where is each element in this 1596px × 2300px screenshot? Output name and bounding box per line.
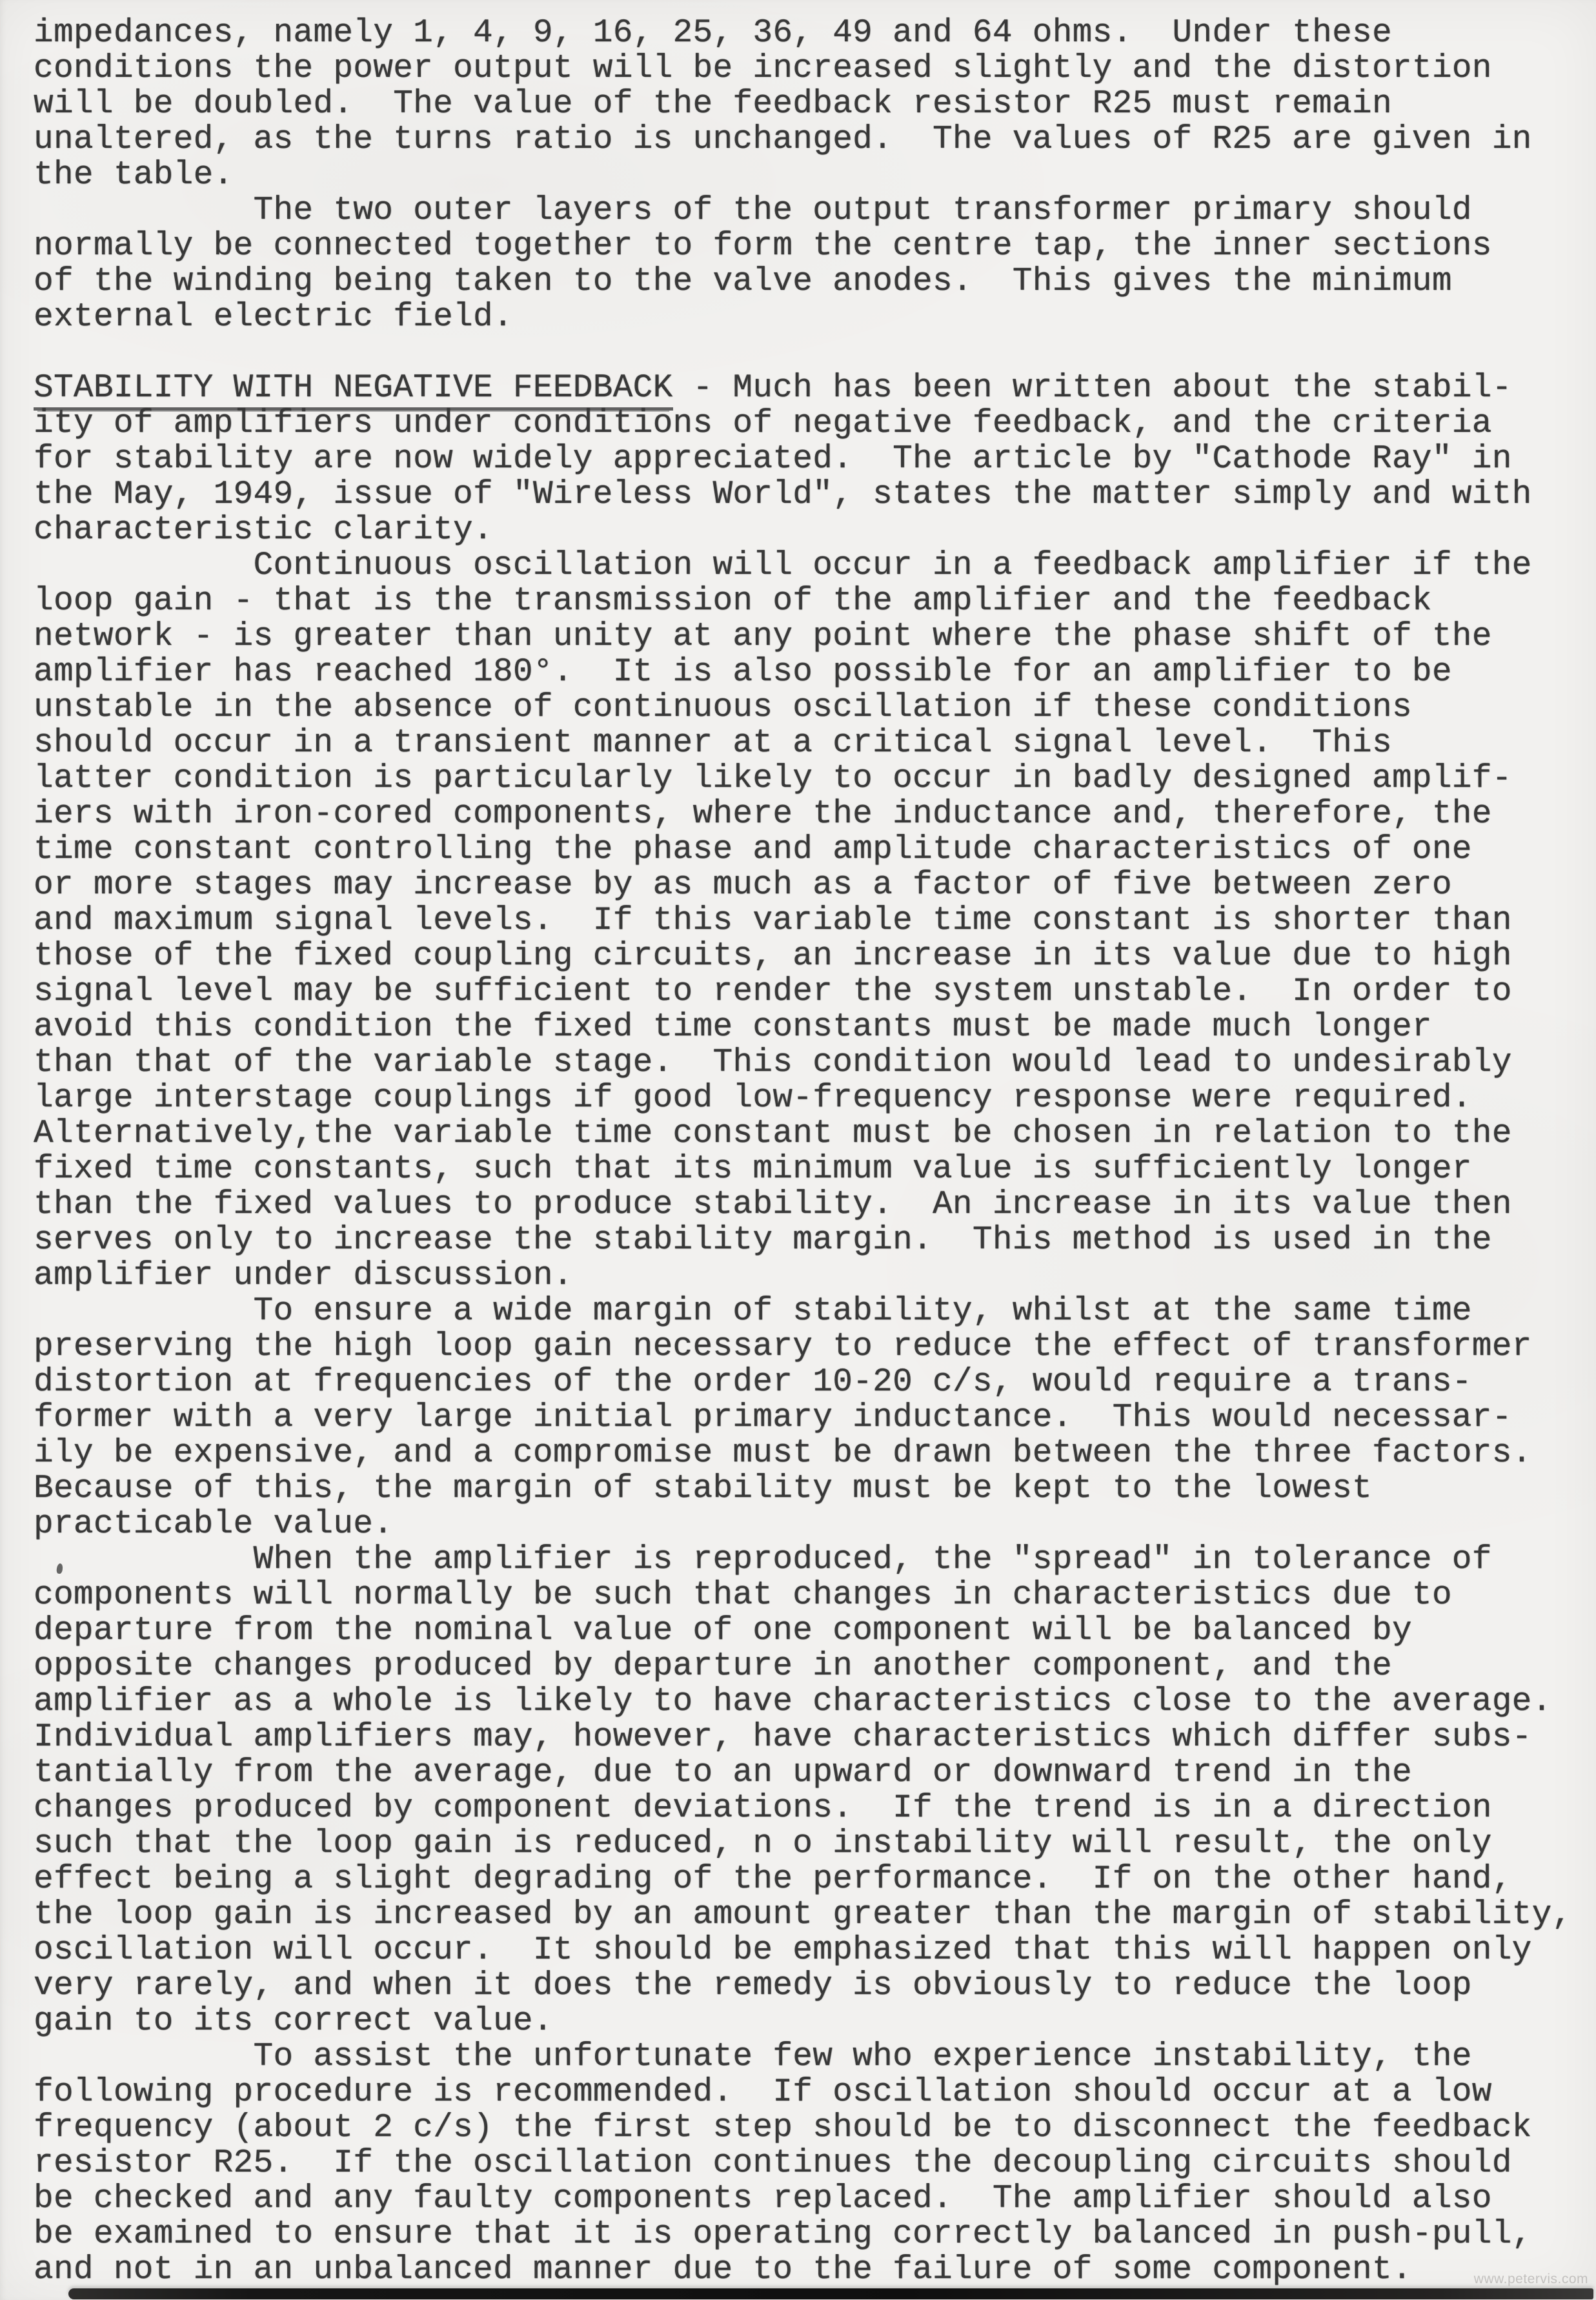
scanned-document-page: impedances, namely 1, 4, 9, 16, 25, 36, … bbox=[0, 0, 1596, 2300]
paragraph-stability-feedback: STABILITY WITH NEGATIVE FEEDBACK - Much … bbox=[34, 371, 1590, 548]
scan-edge-artifact bbox=[68, 2288, 1593, 2299]
paragraph-component-tolerance: When the amplifier is reproduced, the "s… bbox=[34, 1542, 1590, 2039]
paragraph-troubleshooting-procedure: To assist the unfortunate few who experi… bbox=[34, 2039, 1590, 2288]
paragraph-impedances: impedances, namely 1, 4, 9, 16, 25, 36, … bbox=[34, 15, 1590, 193]
paragraph-margin-of-stability: To ensure a wide margin of stability, wh… bbox=[34, 1294, 1590, 1542]
watermark: www.petervis.com bbox=[1474, 2272, 1588, 2287]
heading-lead-text: - Much has been written about the stabil… bbox=[673, 370, 1512, 407]
paragraph-transformer-layers: The two outer layers of the output trans… bbox=[34, 193, 1590, 335]
document-text-block: impedances, namely 1, 4, 9, 16, 25, 36, … bbox=[34, 15, 1590, 2288]
paragraph-continuous-oscillation: Continuous oscillation will occur in a f… bbox=[34, 548, 1590, 1294]
heading-body-text: ity of amplifiers under conditions of ne… bbox=[34, 405, 1532, 549]
section-heading: STABILITY WITH NEGATIVE FEEDBACK bbox=[34, 370, 673, 411]
